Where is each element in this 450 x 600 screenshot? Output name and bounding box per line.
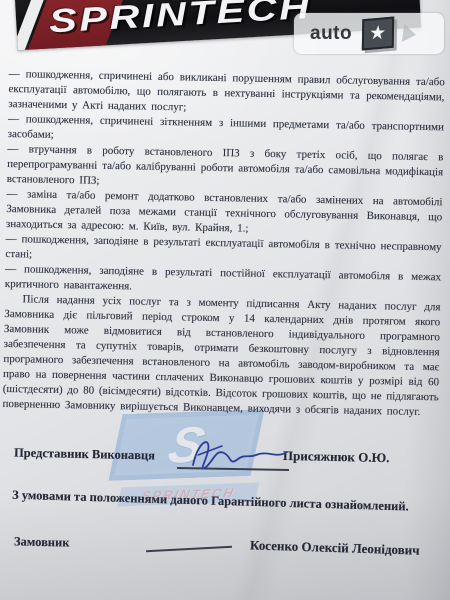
customer-label: Замовник	[14, 534, 70, 550]
chevron-right-icon	[402, 24, 417, 44]
handwritten-signature	[186, 429, 291, 475]
ria-star-icon: ★	[362, 17, 394, 51]
executor-label: Представник Виконавця	[14, 446, 155, 464]
autoria-watermark: auto ★	[294, 13, 444, 54]
letter-body: — пошкодження, спричинені або викликані …	[2, 67, 445, 420]
warranty-letter-photo: SPRINTECH auto ★ — пошкодження, спричине…	[0, 0, 450, 600]
executor-name: Присяжнюк О.Ю.	[283, 448, 390, 466]
customer-name: Косенко Олексій Леонідович	[250, 537, 420, 558]
autoria-text: auto	[310, 23, 352, 45]
customer-signature-line	[146, 546, 232, 552]
grace-period-paragraph: Після надання усіх послуг та з моменту п…	[2, 292, 440, 420]
